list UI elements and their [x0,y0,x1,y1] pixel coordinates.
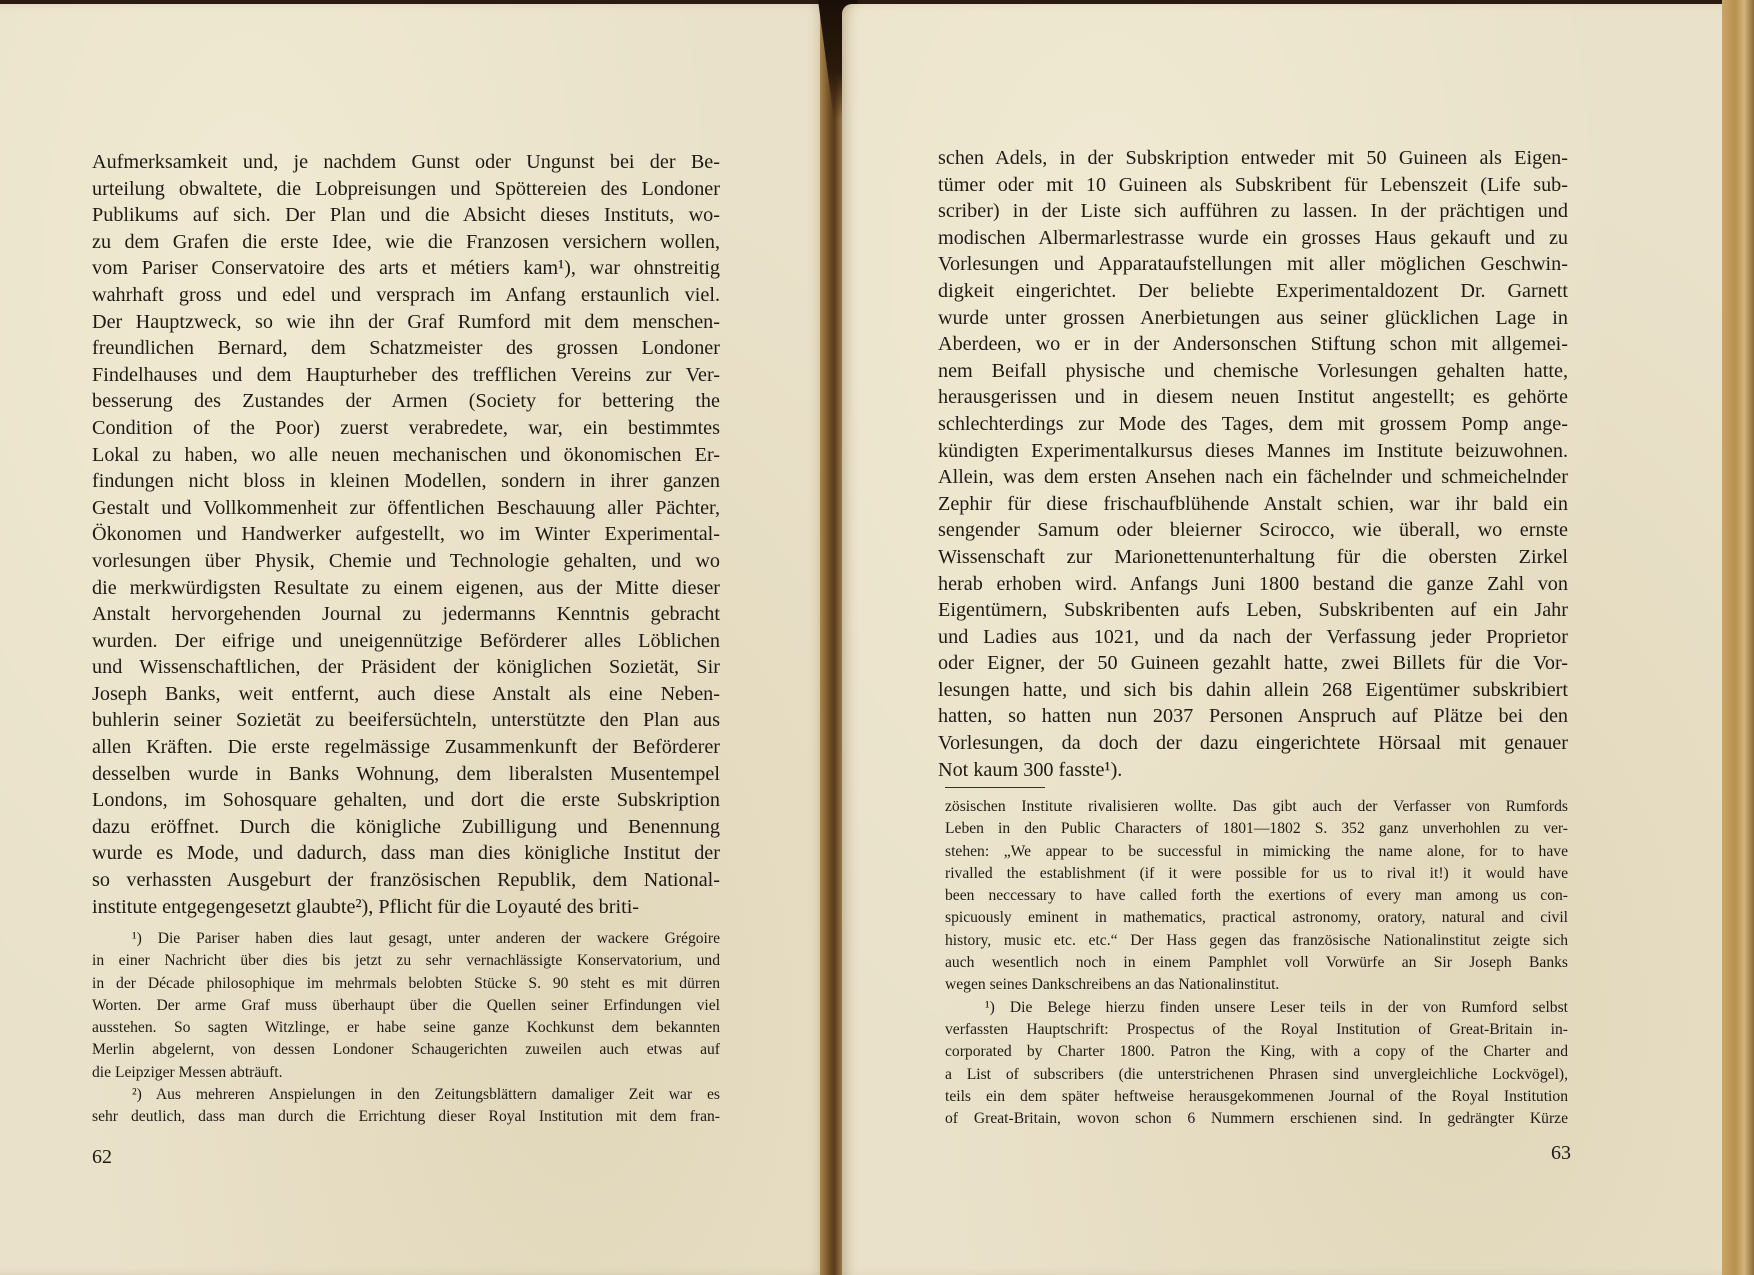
footnote-line: history, music etc. etc.“ Der Hass gegen… [945,930,1568,952]
text-line: freundlichen Bernard, dem Schatzmeister … [92,335,720,362]
footnote-line: auch wesentlich noch in einem Pamphlet v… [945,952,1568,974]
text-line: so verhassten Ausgeburt der französische… [92,867,720,894]
text-line: wurden. Der eifrige und uneigennützige B… [92,628,720,655]
text-line: allen Kräften. Die erste regelmässige Zu… [92,734,720,761]
text-line: und Wissenschaftlichen, der Präsident de… [92,654,720,681]
footnote-line: wegen seines Dankschreibens an das Natio… [945,974,1568,996]
text-line: tümer oder mit 10 Guineen als Subskriben… [938,172,1568,199]
text-line: hatten, so hatten nun 2037 Personen Ansp… [938,703,1568,730]
text-line: buhlerin seiner Sozietät zu beeifersücht… [92,707,720,734]
text-line: schen Adels, in der Subskription entwede… [938,145,1568,172]
footnote-line: Worten. Der arme Graf muss überhaupt übe… [92,995,720,1017]
text-line: wahrhaft gross und edel und versprach im… [92,282,720,309]
text-line: Londons, im Sohosquare gehalten, und dor… [92,787,720,814]
text-line: Aufmerksamkeit und, je nachdem Gunst ode… [92,149,720,176]
footnote-line: of Great-Britain, wovon schon 6 Nummern … [945,1108,1568,1130]
text-line: Lokal zu haben, wo alle neuen mechanisch… [92,442,720,469]
footnote-line: in der Décade philosophique im mehrmals … [92,973,720,995]
left-page: Aufmerksamkeit und, je nachdem Gunst ode… [0,4,826,1275]
text-line: vorlesungen über Physik, Chemie und Tech… [92,548,720,575]
text-line: Gestalt und Vollkommenheit zur öffentlic… [92,495,720,522]
text-line: wurde es Mode, und dadurch, dass man die… [92,840,720,867]
text-line: Wissenschaft zur Marionettenunterhaltung… [938,544,1568,571]
text-line: herausgerissen und in diesem neuen Insti… [938,384,1568,411]
text-line: Vorlesungen, da doch der dazu eingericht… [938,730,1568,757]
text-line: kündigten Experimentalkursus dieses Mann… [938,438,1568,465]
footnote-line: die Leipziger Messen abträuft. [92,1062,720,1084]
text-line: lesungen hatte, und sich bis dahin allei… [938,677,1568,704]
footnote-line: stehen: „We appear to be successful in m… [945,841,1568,863]
text-line: Der Hauptzweck, so wie ihn der Graf Rumf… [92,309,720,336]
footnote-line: ¹) Die Pariser haben dies laut gesagt, u… [92,928,720,950]
footnote-line: ¹) Die Belege hierzu finden unsere Leser… [945,997,1568,1019]
text-line: Condition of the Poor) zuerst verabredet… [92,415,720,442]
page-number-left: 62 [92,1146,112,1169]
text-line: scriber) in der Liste sich aufführen zu … [938,198,1568,225]
text-line: Joseph Banks, weit entfernt, auch diese … [92,681,720,708]
footnote-line: Merlin abgelernt, von dessen Londoner Sc… [92,1039,720,1061]
footnote-line: spicuously eminent in mathematics, pract… [945,907,1568,929]
right-page-body: schen Adels, in der Subskription entwede… [938,145,1568,783]
text-line: nem Beifall physische und chemische Vorl… [938,358,1568,385]
text-line: Zephir für diese frischaufblühende Ansta… [938,491,1568,518]
text-line: Not kaum 300 fasste¹). [938,757,1568,784]
footnote-line: corporated by Charter 1800. Patron the K… [945,1041,1568,1063]
footnote-line: ausstehen. So sagten Witzlinge, er habe … [92,1017,720,1039]
text-line: schlechterdings zur Mode des Tages, dem … [938,411,1568,438]
text-line: desselben wurde in Banks Wohnung, dem li… [92,761,720,788]
footnote-rule [945,787,1045,788]
text-line: wurde unter grossen Anerbietungen aus se… [938,305,1568,332]
footnote-line: rivalled the establishment (if it were p… [945,863,1568,885]
text-line: institute entgegengesetzt glaubte²), Pfl… [92,894,720,921]
page-fore-edge [1722,0,1754,1275]
text-line: Eigentümern, Subskribenten aufs Leben, S… [938,597,1568,624]
text-line: sengender Samum oder bleierner Scirocco,… [938,517,1568,544]
text-line: digkeit eingerichtet. Der beliebte Exper… [938,278,1568,305]
text-line: Ökonomen und Handwerker aufgestellt, wo … [92,521,720,548]
text-line: herab erhoben wird. Anfangs Juni 1800 be… [938,571,1568,598]
right-page-footnotes: zösischen Institute rivalisieren wollte.… [945,796,1568,1130]
left-page-footnotes: ¹) Die Pariser haben dies laut gesagt, u… [92,928,720,1129]
left-page-body: Aufmerksamkeit und, je nachdem Gunst ode… [92,149,720,920]
text-line: urteilung obwaltete, die Lobpreisungen u… [92,176,720,203]
text-line: besserung des Zustandes der Armen (Socie… [92,388,720,415]
text-line: findungen nicht bloss in kleinen Modelle… [92,468,720,495]
footnote-line: zösischen Institute rivalisieren wollte.… [945,796,1568,818]
text-line: Findelhauses und dem Haupturheber des tr… [92,362,720,389]
text-line: Publikums auf sich. Der Plan und die Abs… [92,202,720,229]
footnote-line: verfassten Hauptschrift: Prospectus of t… [945,1019,1568,1041]
text-line: Anstalt hervorgehenden Journal zu jederm… [92,601,720,628]
footnote-line: teils ein dem später heftweise herausgek… [945,1086,1568,1108]
text-line: die merkwürdigsten Resultate zu einem ei… [92,575,720,602]
text-line: dazu eröffnet. Durch die königliche Zubi… [92,814,720,841]
text-line: modischen Albermarlestrasse wurde ein gr… [938,225,1568,252]
text-line: Aberdeen, wo er in der Andersonschen Sti… [938,331,1568,358]
text-line: zu dem Grafen die erste Idee, wie die Fr… [92,229,720,256]
text-line: Allein, was dem ersten Ansehen nach ein … [938,464,1568,491]
footnote-line: ²) Aus mehreren Anspielungen in den Zeit… [92,1084,720,1106]
text-line: vom Pariser Conservatoire des arts et mé… [92,255,720,282]
footnote-line: Leben in den Public Characters of 1801—1… [945,818,1568,840]
footnote-line: been neccessary to have called forth the… [945,885,1568,907]
footnote-line: in einer Nachricht über dies bis jetzt z… [92,950,720,972]
text-line: oder Eigner, der 50 Guineen gezahlt hatt… [938,650,1568,677]
page-number-right: 63 [1551,1142,1571,1165]
footnote-line: a List of subscribers (die unterstrichen… [945,1064,1568,1086]
text-line: Vorlesungen und Apparataufstellungen mit… [938,251,1568,278]
text-line: und Ladies aus 1021, und da nach der Ver… [938,624,1568,651]
footnote-line: sehr deutlich, dass man durch die Errich… [92,1106,720,1128]
